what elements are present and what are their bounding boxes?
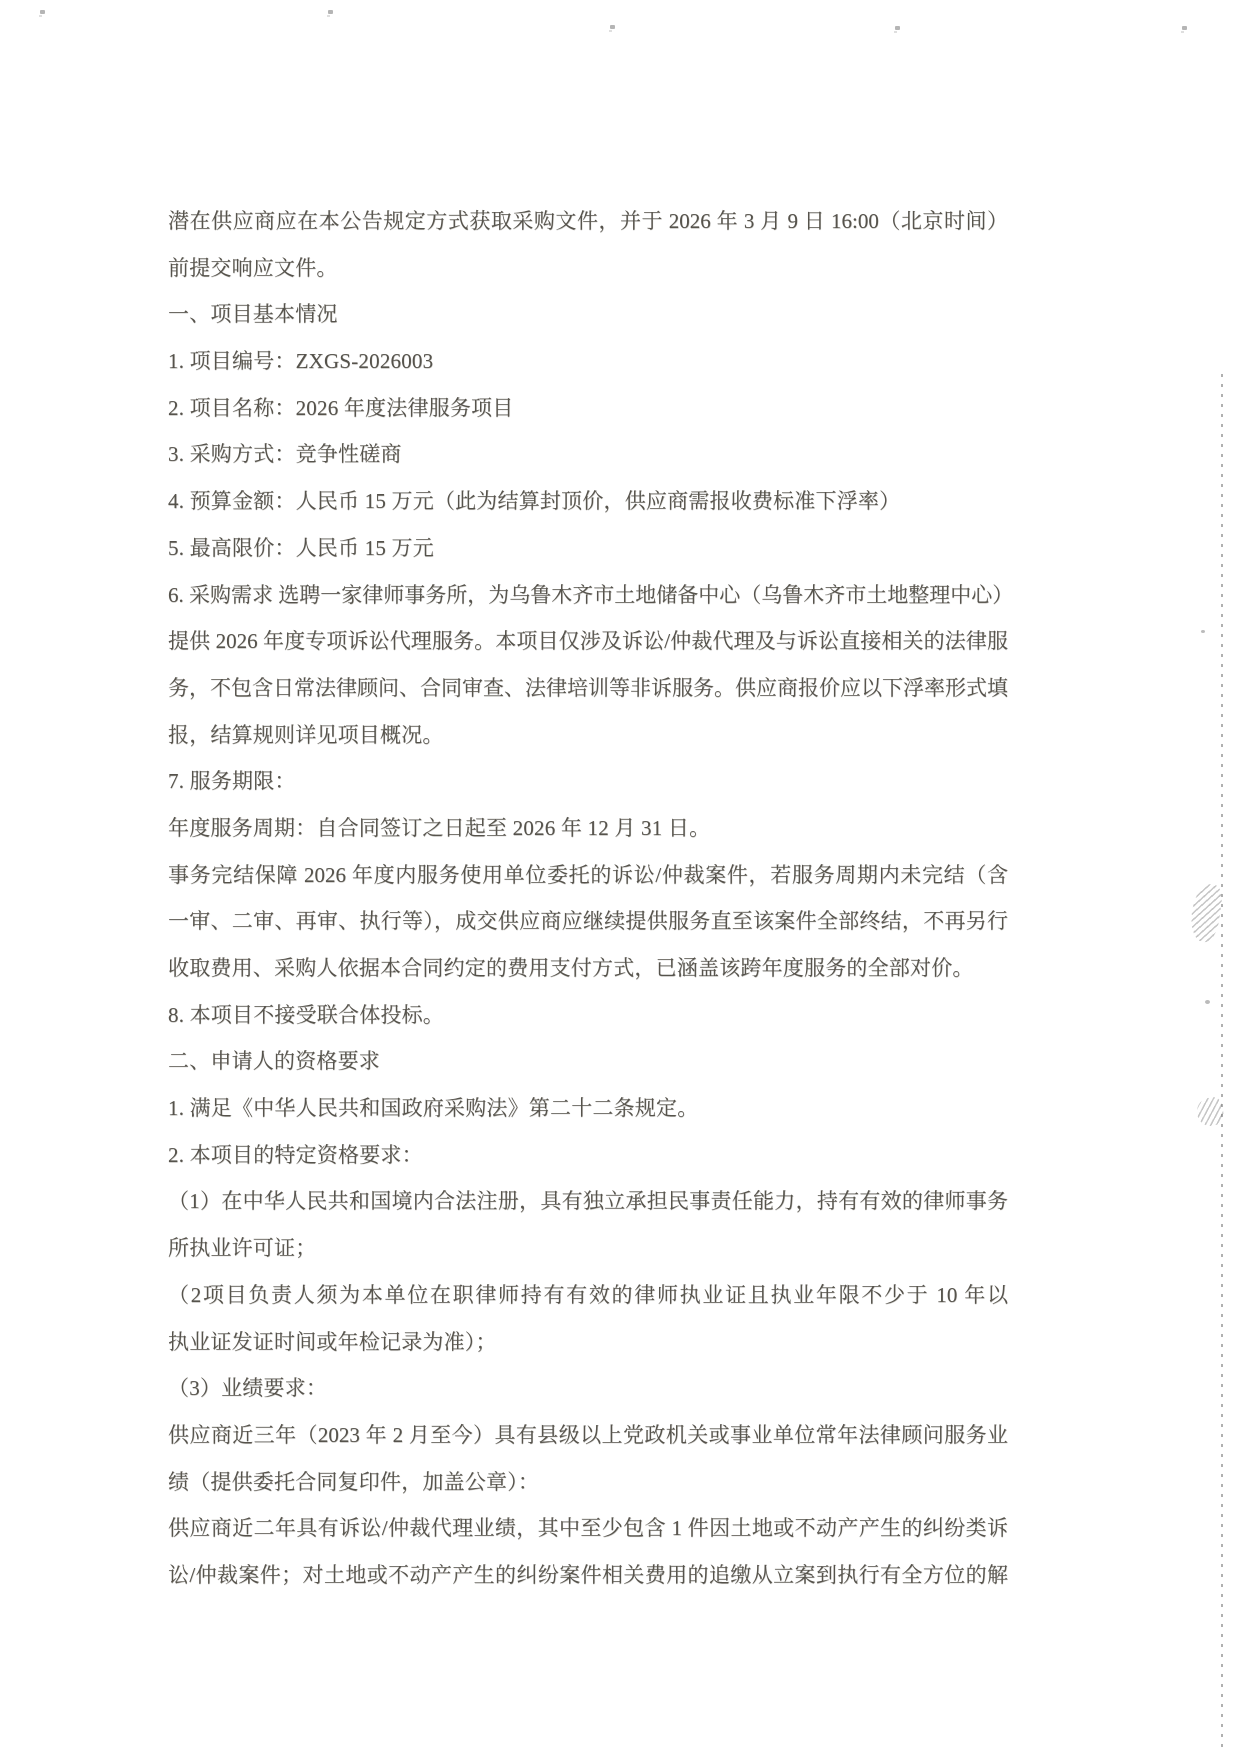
text-line: 绩（提供委托合同复印件，加盖公章）： (168, 1459, 1008, 1506)
scan-speck (40, 10, 45, 14)
text-line: （2项目负责人须为本单位在职律师持有有效的律师执业证且执业年限不少于 10 年以 (168, 1272, 1008, 1319)
text-line: 4. 预算金额：人民币 15 万元（此为结算封顶价，供应商需报收费标准下浮率） (168, 478, 1008, 525)
text-line: （1）在中华人民共和国境内合法注册，具有独立承担民事责任能力，持有有效的律师事务 (168, 1178, 1008, 1225)
text-line: 执业证发证时间或年检记录为准）； (168, 1319, 1008, 1366)
scan-dot (1205, 1000, 1210, 1004)
text-line: 6. 采购需求 选聘一家律师事务所，为乌鲁木齐市土地储备中心（乌鲁木齐市土地整理… (168, 572, 1008, 619)
text-line: 收取费用、采购人依据本合同约定的费用支付方式，已涵盖该跨年度服务的全部对价。 (168, 945, 1008, 992)
text-line: 潜在供应商应在本公告规定方式获取采购文件，并于 2026 年 3 月 9 日 1… (168, 198, 1008, 245)
document-text-block: 潜在供应商应在本公告规定方式获取采购文件，并于 2026 年 3 月 9 日 1… (168, 198, 1008, 1599)
section-heading: 二、申请人的资格要求 (168, 1038, 1008, 1085)
scan-speck (610, 25, 615, 29)
text-line: 1. 满足《中华人民共和国政府采购法》第二十二条规定。 (168, 1085, 1008, 1132)
section-heading: 一、项目基本情况 (168, 291, 1008, 338)
text-line: 供应商近三年（2023 年 2 月至今）具有县级以上党政机关或事业单位常年法律顾… (168, 1412, 1008, 1459)
scanned-document-page: 潜在供应商应在本公告规定方式获取采购文件，并于 2026 年 3 月 9 日 1… (0, 0, 1240, 1752)
text-line: 报，结算规则详见项目概况。 (168, 712, 1008, 759)
text-line: 务，不包含日常法律顾问、合同审查、法律培训等非诉服务。供应商报价应以下浮率形式填 (168, 665, 1008, 712)
scan-smudge (1188, 882, 1224, 943)
text-line: 8. 本项目不接受联合体投标。 (168, 992, 1008, 1039)
text-line: 供应商近二年具有诉讼/仲裁代理业绩，其中至少包含 1 件因土地或不动产产生的纠纷… (168, 1505, 1008, 1552)
text-line: 一审、二审、再审、执行等），成交供应商应继续提供服务直至该案件全部终结，不再另行 (168, 898, 1008, 945)
text-line: 3. 采购方式：竞争性磋商 (168, 431, 1008, 478)
text-line: 前提交响应文件。 (168, 245, 1008, 292)
text-line: 所执业许可证； (168, 1225, 1008, 1272)
text-line: 提供 2026 年度专项诉讼代理服务。本项目仅涉及诉讼/仲裁代理及与诉讼直接相关… (168, 618, 1008, 665)
scan-speck (1182, 26, 1187, 30)
text-line: 7. 服务期限： (168, 758, 1008, 805)
scan-dot (1201, 630, 1205, 633)
text-line: 年度服务周期：自合同签订之日起至 2026 年 12 月 31 日。 (168, 805, 1008, 852)
text-line: 讼/仲裁案件；对土地或不动产产生的纠纷案件相关费用的追缴从立案到执行有全方位的解 (168, 1552, 1008, 1599)
scan-speck (328, 10, 333, 14)
scan-fold-dotted-line (1221, 374, 1223, 1752)
text-line: 2. 项目名称：2026 年度法律服务项目 (168, 385, 1008, 432)
text-line: 2. 本项目的特定资格要求： (168, 1132, 1008, 1179)
text-line: 事务完结保障 2026 年度内服务使用单位委托的诉讼/仲裁案件，若服务周期内未完… (168, 852, 1008, 899)
text-line: （3）业绩要求： (168, 1365, 1008, 1412)
text-line: 5. 最高限价：人民币 15 万元 (168, 525, 1008, 572)
scan-speck (895, 26, 900, 30)
text-line: 1. 项目编号：ZXGS-2026003 (168, 338, 1008, 385)
